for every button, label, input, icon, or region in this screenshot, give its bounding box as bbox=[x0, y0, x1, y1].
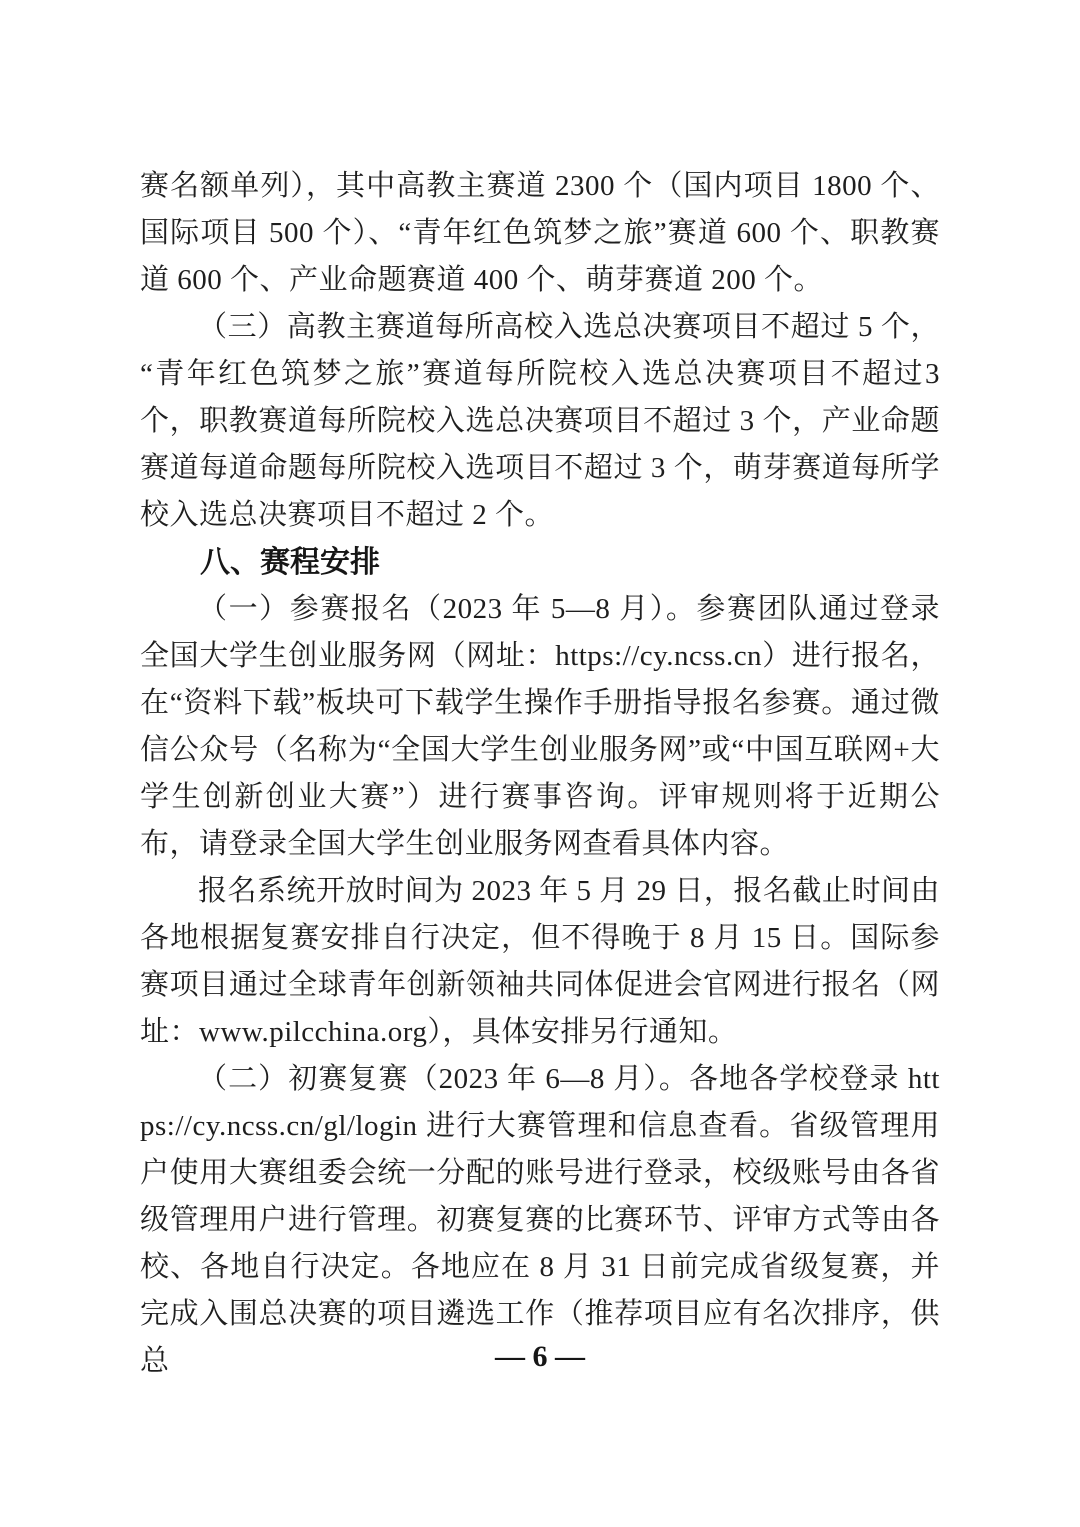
paragraph-quota-continuation: 赛名额单列），其中高教主赛道 2300 个（国内项目 1800 个、国际项目 5… bbox=[140, 163, 940, 304]
paragraph-registration-deadline: 报名系统开放时间为 2023 年 5 月 29 日，报名截止时间由各地根据复赛安… bbox=[140, 868, 940, 1056]
document-page: 赛名额单列），其中高教主赛道 2300 个（国内项目 1800 个、国际项目 5… bbox=[0, 0, 1080, 1527]
paragraph-registration: （一）参赛报名（2023 年 5—8 月）。参赛团队通过登录全国大学生创业服务网… bbox=[140, 586, 940, 868]
paragraph-finals-quota: （三）高教主赛道每所高校入选总决赛项目不超过 5 个，“青年红色筑梦之旅”赛道每… bbox=[140, 304, 940, 539]
section-heading-schedule: 八、赛程安排 bbox=[140, 539, 940, 586]
page-number: — 6 — bbox=[0, 1333, 1080, 1380]
document-body: 赛名额单列），其中高教主赛道 2300 个（国内项目 1800 个、国际项目 5… bbox=[140, 163, 940, 1385]
